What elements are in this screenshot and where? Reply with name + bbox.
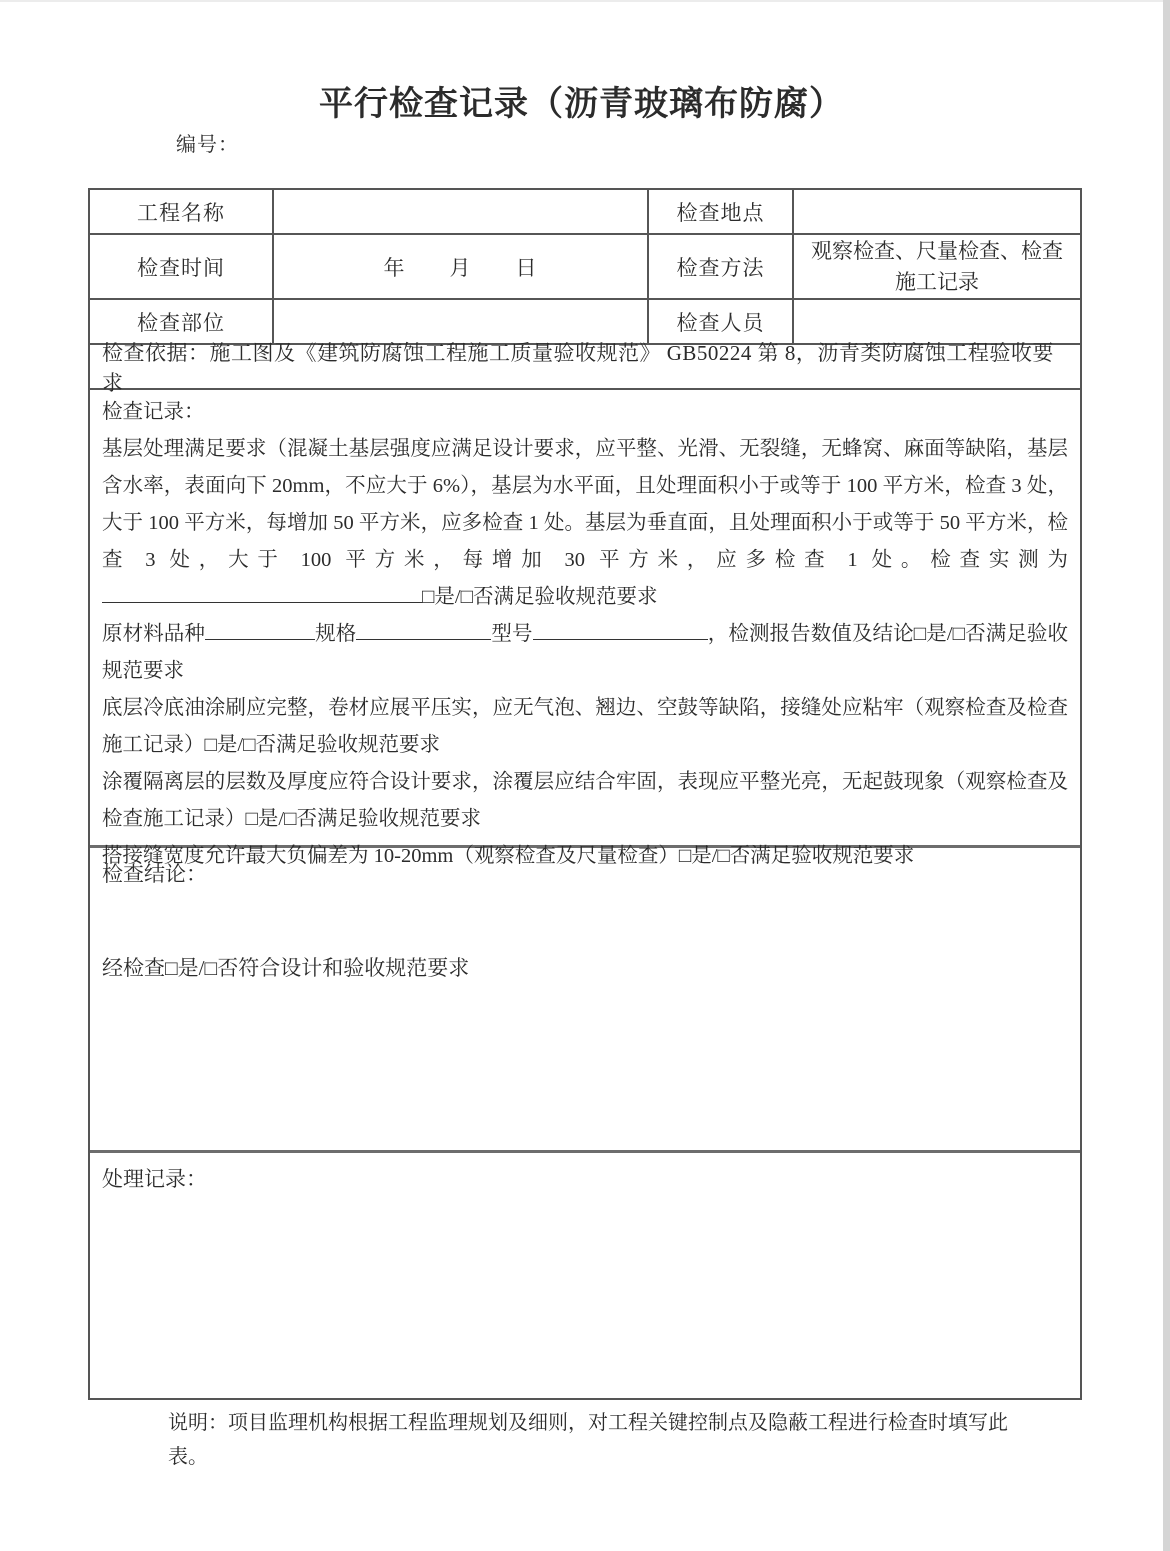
record-paragraph-coating: 涂覆隔离层的层数及厚度应符合设计要求，涂覆层应结合牢固，表现应平整光亮，无起鼓现…: [102, 764, 1068, 838]
spec-blank: [356, 618, 491, 640]
inspection-form: 工程名称 检查地点 检查时间 年 月 日 检查方法 观察检查、尺量检查、检查施工…: [88, 188, 1082, 1400]
label-inspection-method: 检查方法: [649, 235, 794, 300]
info-table: 工程名称 检查地点 检查时间 年 月 日 检查方法 观察检查、尺量检查、检查施工…: [90, 190, 1080, 345]
model-blank: [533, 618, 708, 640]
material-type-label: 原材料品种: [102, 623, 205, 645]
record-label: 检查记录：: [102, 394, 1068, 431]
record-paragraph-primer: 底层冷底油涂刷应完整，卷材应展平压实，应无气泡、翘边、空鼓等缺陷，接缝处应粘牢（…: [102, 690, 1068, 764]
value-inspection-method: 观察检查、尺量检查、检查施工记录: [794, 235, 1080, 300]
page-edge-strip: [1163, 0, 1170, 1551]
report-result-text: ，检测报告数值及结论: [708, 623, 914, 645]
model-label: 型号: [491, 623, 532, 645]
conclusion-checkline: 经检查□是/□否符合设计和验收规范要求: [102, 952, 1068, 984]
page-title: 平行检查记录（沥青玻璃布防腐）: [0, 76, 1163, 125]
label-inspection-place: 检查地点: [649, 190, 794, 235]
value-project-name: [274, 190, 649, 235]
treatment-section: 处理记录：: [90, 1153, 1080, 1398]
record-section: 检查记录： 基层处理满足要求（混凝土基层强度应满足设计要求，应平整、光滑、无裂缝…: [90, 390, 1080, 848]
page-top-edge: [0, 0, 1170, 2]
record-p1-text: 基层处理满足要求（混凝土基层强度应满足设计要求，应平整、光滑、无裂缝，无蜂窝、麻…: [102, 438, 1068, 571]
label-inspection-time: 检查时间: [90, 235, 274, 300]
value-inspection-time: 年 月 日: [274, 235, 649, 300]
doc-number-label: 编号：: [176, 128, 239, 157]
footnote: 说明：项目监理机构根据工程监理规划及细则，对工程关键控制点及隐蔽工程进行检查时填…: [168, 1406, 1008, 1474]
label-project-name: 工程名称: [90, 190, 274, 235]
treatment-label: 处理记录：: [102, 1163, 1068, 1195]
spec-label: 规格: [315, 623, 356, 645]
value-inspection-place: [794, 190, 1080, 235]
record-paragraph-base-layer: 基层处理满足要求（混凝土基层强度应满足设计要求，应平整、光滑、无裂缝，无蜂窝、麻…: [102, 431, 1068, 616]
material-type-blank: [205, 618, 315, 640]
record-paragraph-raw-material: 原材料品种规格型号，检测报告数值及结论□是/□否满足验收规范要求: [102, 616, 1068, 690]
inspection-basis-row: 检查依据：施工图及《建筑防腐蚀工程施工质量验收规范》 GB50224 第 8，沥…: [90, 345, 1080, 390]
measured-value-blank: [102, 581, 422, 603]
record-p1-suffix: □是/□否满足验收规范要求: [422, 586, 657, 608]
conclusion-section: 检查结论： 经检查□是/□否符合设计和验收规范要求: [90, 848, 1080, 1153]
